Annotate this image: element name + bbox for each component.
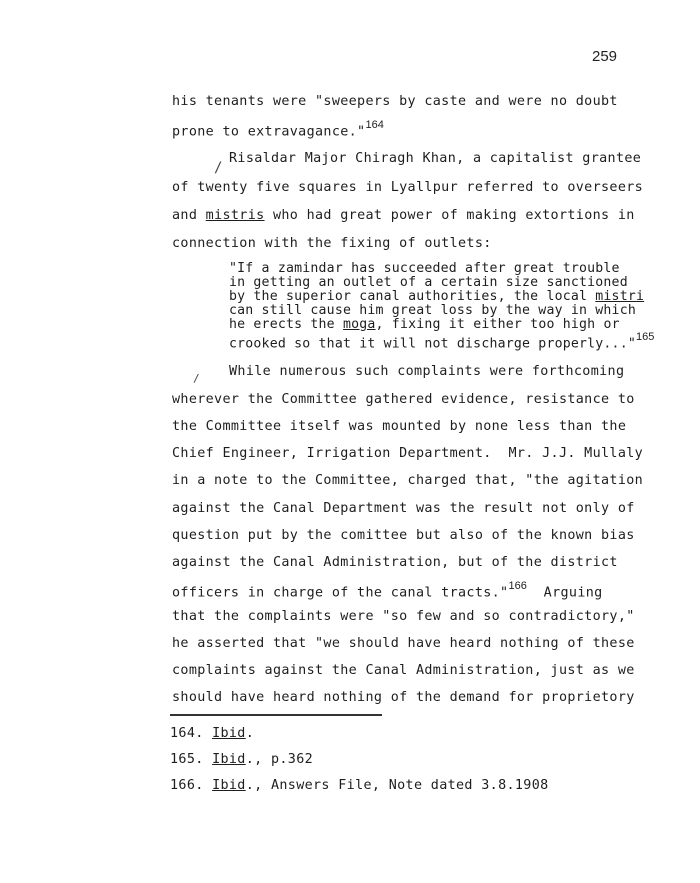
body-line: While numerous such complaints were fort… bbox=[229, 364, 624, 379]
emphasis-mistri: mistri bbox=[595, 289, 644, 304]
footnote-ibid: Ibid bbox=[212, 726, 246, 741]
body-line: wherever the Committee gathered evidence… bbox=[172, 392, 635, 407]
body-text: prone to extravagance." bbox=[172, 124, 365, 139]
footnote-ibid: Ibid bbox=[212, 778, 246, 793]
quote-line: can still cause him great loss by the wa… bbox=[229, 304, 636, 318]
quote-text: he erects the bbox=[229, 317, 343, 332]
footnote-text: ., p.362 bbox=[246, 752, 313, 767]
footnote-ref: 164 bbox=[365, 119, 383, 131]
footnote-number: 166. bbox=[170, 778, 212, 793]
body-line: should have heard nothing of the demand … bbox=[172, 690, 635, 705]
quote-line: "If a zamindar has succeeded after great… bbox=[229, 262, 620, 276]
footnote-text: ., Answers File, Note dated 3.8.1908 bbox=[246, 778, 549, 793]
footnote-164: 164. Ibid. bbox=[170, 726, 254, 741]
body-line: and mistris who had great power of makin… bbox=[172, 208, 635, 223]
body-line: officers in charge of the canal tracts."… bbox=[172, 582, 603, 600]
body-text: who had great power of making extortions… bbox=[265, 208, 635, 223]
footnote-number: 165. bbox=[170, 752, 212, 767]
footnote-number: 164. bbox=[170, 726, 212, 741]
footnote-ref: 165 bbox=[636, 331, 654, 343]
body-line: he asserted that "we should have heard n… bbox=[172, 636, 635, 651]
footnote-ref: 166 bbox=[508, 580, 526, 592]
body-text: and bbox=[172, 208, 206, 223]
quote-line: by the superior canal authorities, the l… bbox=[229, 290, 644, 304]
body-line: that the complaints were "so few and so … bbox=[172, 609, 635, 624]
pen-mark: / bbox=[193, 372, 200, 385]
body-text: officers in charge of the canal tracts." bbox=[172, 585, 508, 600]
quote-text: , fixing it either too high or bbox=[376, 317, 620, 332]
body-text: Arguing bbox=[527, 585, 603, 600]
body-line: Risaldar Major Chiragh Khan, a capitalis… bbox=[229, 151, 641, 166]
pen-mark: / bbox=[214, 160, 222, 176]
quote-text: by the superior canal authorities, the l… bbox=[229, 289, 595, 304]
footnote-166: 166. Ibid., Answers File, Note dated 3.8… bbox=[170, 778, 549, 793]
body-line: complaints against the Canal Administrat… bbox=[172, 663, 635, 678]
quote-line: he erects the moga, fixing it either too… bbox=[229, 318, 620, 332]
footnote-ibid: Ibid bbox=[212, 752, 246, 767]
body-line: prone to extravagance."164 bbox=[172, 121, 384, 139]
quote-line: crooked so that it will not discharge pr… bbox=[229, 332, 654, 351]
body-line: the Committee itself was mounted by none… bbox=[172, 419, 626, 434]
body-line: question put by the comittee but also of… bbox=[172, 528, 635, 543]
quote-text: crooked so that it will not discharge pr… bbox=[229, 336, 636, 351]
emphasis-mistris: mistris bbox=[206, 208, 265, 223]
footnote-165: 165. Ibid., p.362 bbox=[170, 752, 313, 767]
footnote-text: . bbox=[246, 726, 254, 741]
body-line: against the Canal Department was the res… bbox=[172, 501, 635, 516]
body-line: against the Canal Administration, but of… bbox=[172, 555, 618, 570]
body-line: connection with the fixing of outlets: bbox=[172, 236, 492, 251]
quote-line: in getting an outlet of a certain size s… bbox=[229, 276, 628, 290]
document-page: 259 his tenants were "sweepers by caste … bbox=[0, 0, 700, 883]
body-line: Chief Engineer, Irrigation Department. M… bbox=[172, 446, 643, 461]
page-number: 259 bbox=[592, 48, 617, 65]
footnote-divider bbox=[170, 714, 382, 716]
body-line: his tenants were "sweepers by caste and … bbox=[172, 94, 618, 109]
body-line: of twenty five squares in Lyallpur refer… bbox=[172, 180, 643, 195]
body-line: in a note to the Committee, charged that… bbox=[172, 473, 643, 488]
emphasis-moga: moga bbox=[343, 317, 376, 332]
